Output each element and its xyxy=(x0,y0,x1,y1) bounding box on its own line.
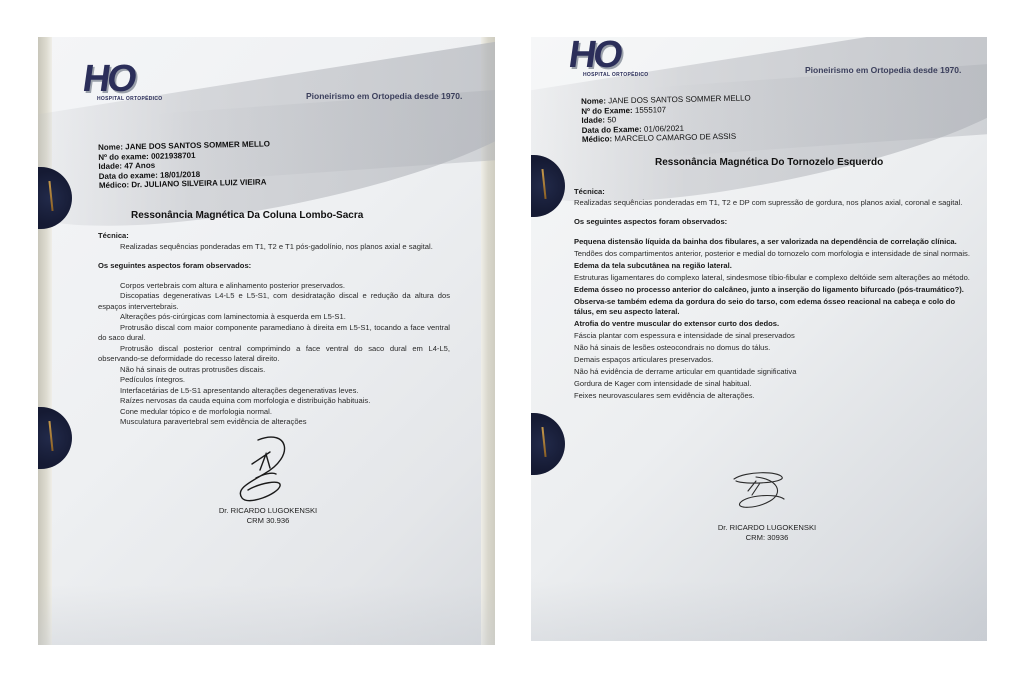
report-body: Técnica: Realizadas sequências ponderada… xyxy=(98,231,450,428)
finding-item: Observa-se também edema da gordura do se… xyxy=(574,297,972,318)
label-exam-number: Nº do Exame: xyxy=(581,105,633,115)
binder-hole-icon xyxy=(38,407,72,469)
finding-item: Pedículos íntegros. xyxy=(98,375,450,386)
exam-date: 18/01/2018 xyxy=(160,169,200,179)
report-body: Técnica: Realizadas sequências ponderada… xyxy=(574,187,972,403)
findings-list: Corpos vertebrais com altura e alinhamen… xyxy=(98,281,450,428)
finding-item: Edema ósseo no processo anterior do calc… xyxy=(574,285,972,296)
referring-doctor: MARCELO CAMARGO DE ASSIS xyxy=(614,132,736,144)
findings-label: Os seguintes aspectos foram observados: xyxy=(98,261,450,272)
findings-list: Pequena distensão líquida da bainha dos … xyxy=(574,237,972,402)
exam-title: Ressonância Magnética Do Tornozelo Esque… xyxy=(655,157,883,168)
finding-item: Protrusão discal com maior componente pa… xyxy=(98,323,450,344)
technique-text: Realizadas sequências ponderadas em T1, … xyxy=(574,198,972,209)
finding-item: Raízes nervosas da cauda equina com morf… xyxy=(98,396,450,407)
signer-name: Dr. RICARDO LUGOKENSKI xyxy=(198,506,338,515)
finding-item: Protrusão discal posterior central compr… xyxy=(98,344,450,365)
exam-title: Ressonância Magnética Da Coluna Lombo-Sa… xyxy=(131,210,363,221)
label-age: Idade: xyxy=(98,162,122,171)
finding-item: Gordura de Kager com intensidade de sina… xyxy=(574,379,972,390)
finding-item: Interfacetárias de L5-S1 apresentando al… xyxy=(98,386,450,397)
finding-item: Corpos vertebrais com altura e alinhamen… xyxy=(98,281,450,292)
signer-name: Dr. RICARDO LUGOKENSKI xyxy=(697,523,837,532)
patient-age: 47 Anos xyxy=(124,161,155,171)
finding-item: Atrofia do ventre muscular do extensor c… xyxy=(574,319,972,330)
label-exam-number: Nº do exame: xyxy=(98,151,149,161)
exam-number: 0021938701 xyxy=(151,150,196,160)
exam-number: 1555107 xyxy=(635,105,666,115)
signature-icon xyxy=(726,469,792,519)
label-name: Nome: xyxy=(581,96,606,106)
logo-mark: HO xyxy=(81,63,165,95)
finding-item: Edema da tela subcutânea na região later… xyxy=(574,261,972,272)
report-page-lumbar-spine: HO HOSPITAL ORTOPÉDICO Pioneirismo em Or… xyxy=(38,37,495,645)
signer-crm: CRM 30.936 xyxy=(198,516,338,525)
patient-info: Nome: JANE DOS SANTOS SOMMER MELLO Nº do… xyxy=(581,93,752,144)
signature-icon xyxy=(218,434,298,506)
patient-info: Nome: JANE DOS SANTOS SOMMER MELLO Nº do… xyxy=(98,139,271,190)
label-name: Nome: xyxy=(98,142,123,152)
finding-item: Não há evidência de derrame articular em… xyxy=(574,367,972,378)
patient-age: 50 xyxy=(607,115,616,124)
report-page-left-ankle: HO HOSPITAL ORTOPÉDICO Pioneirismo em Or… xyxy=(531,37,987,641)
finding-item: Fáscia plantar com espessura e intensida… xyxy=(574,331,972,342)
finding-item: Discopatias degenerativas L4-L5 e L5-S1,… xyxy=(98,291,450,312)
page-shadow xyxy=(531,581,987,641)
findings-label: Os seguintes aspectos foram observados: xyxy=(574,217,972,228)
technique-label: Técnica: xyxy=(98,231,450,242)
finding-item: Não há sinais de outras protrusões disca… xyxy=(98,365,450,376)
hospital-tagline: Pioneirismo em Ortopedia desde 1970. xyxy=(805,65,961,75)
finding-item: Estruturas ligamentares do complexo late… xyxy=(574,273,972,284)
finding-item: Alterações pós-cirúrgicas com laminectom… xyxy=(98,312,450,323)
finding-item: Tendões dos compartimentos anterior, pos… xyxy=(574,249,972,260)
finding-item: Não há sinais de lesões osteocondrais no… xyxy=(574,343,972,354)
hospital-logo: HO HOSPITAL ORTOPÉDICO xyxy=(569,39,648,78)
finding-item: Cone medular tópico e de morfologia norm… xyxy=(98,407,450,418)
finding-item: Demais espaços articulares preservados. xyxy=(574,355,972,366)
exam-date: 01/06/2021 xyxy=(644,123,684,133)
label-doctor: Médico: xyxy=(582,134,612,144)
finding-item: Musculatura paravertebral sem evidência … xyxy=(98,417,450,428)
technique-label: Técnica: xyxy=(574,187,972,198)
logo-mark: HO xyxy=(567,39,651,71)
finding-item: Pequena distensão líquida da bainha dos … xyxy=(574,237,972,248)
technique-text: Realizadas sequências ponderadas em T1, … xyxy=(98,242,450,253)
binder-hole-icon xyxy=(531,413,565,475)
page-shadow xyxy=(38,585,495,645)
label-age: Idade: xyxy=(581,116,605,125)
hospital-tagline: Pioneirismo em Ortopedia desde 1970. xyxy=(306,91,462,101)
label-doctor: Médico: xyxy=(99,180,129,190)
signer-crm: CRM: 30936 xyxy=(697,533,837,542)
hospital-logo: HO HOSPITAL ORTOPÉDICO xyxy=(83,63,162,102)
finding-item: Feixes neurovasculares sem evidência de … xyxy=(574,391,972,402)
